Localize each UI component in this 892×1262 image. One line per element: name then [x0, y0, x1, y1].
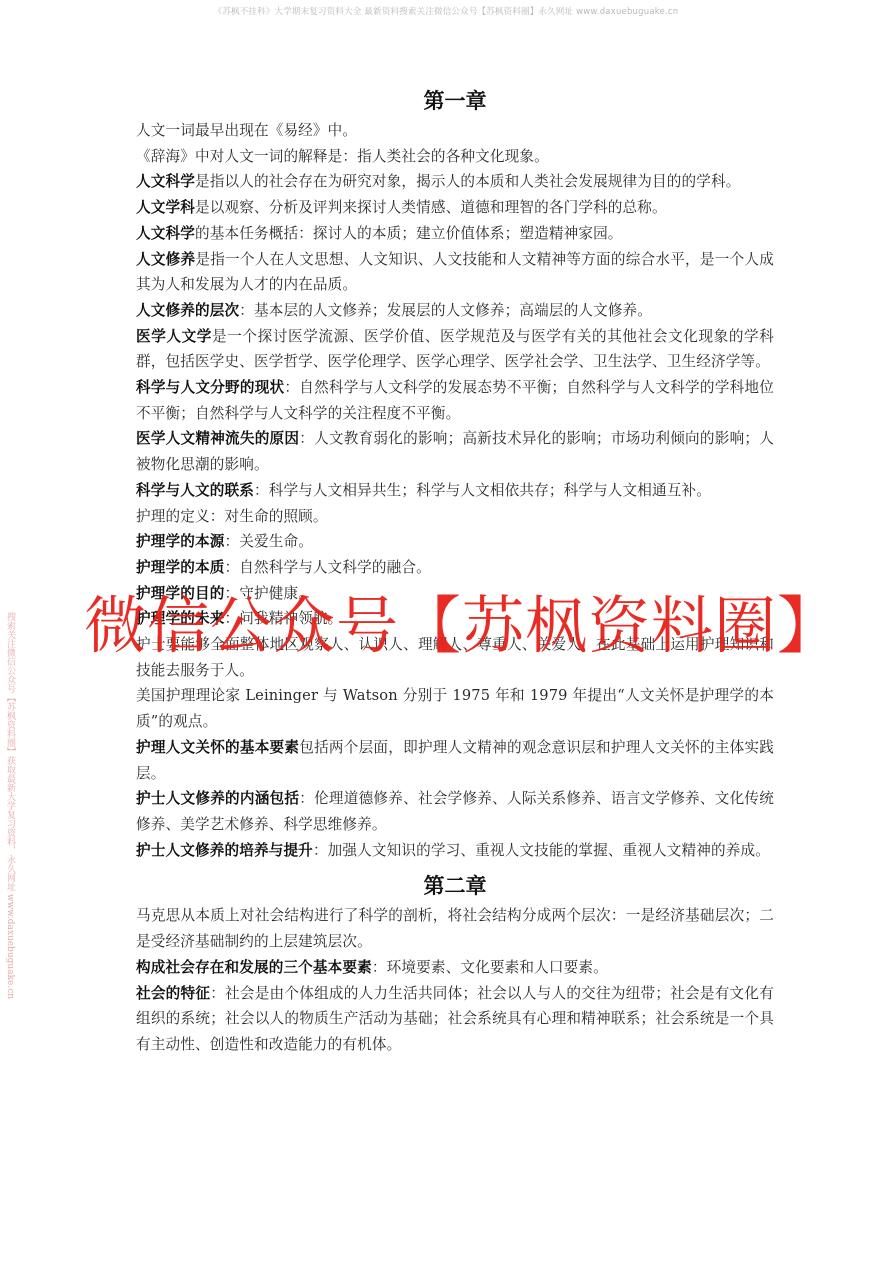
paragraph-text: 美国护理理论家 Leininger 与 Watson 分别于 1975 年和 1… — [136, 687, 774, 730]
paragraph: 人文修养的层次：基本层的人文修养；发展层的人文修养；高端层的人文修养。 — [136, 298, 774, 324]
paragraph-text: 《辞海》中对人文一词的解释是：指人类社会的各种文化现象。 — [136, 148, 549, 165]
chapter-2-body: 马克思从本质上对社会结构进行了科学的剖析，将社会结构分成两个层次：一是经济基础层… — [136, 903, 774, 1057]
key-term: 构成社会存在和发展的三个基本要素 — [136, 959, 372, 976]
key-term: 医学人文精神流失的原因 — [136, 430, 299, 447]
key-term: 人文科学 — [136, 225, 195, 242]
paragraph: 护理学的目的：守护健康。 — [136, 581, 774, 607]
paragraph-text: ：科学与人文相异共生；科学与人文相依共存；科学与人文相通互补。 — [254, 482, 711, 499]
key-term: 人文修养的层次 — [136, 302, 239, 319]
paragraph: 构成社会存在和发展的三个基本要素：环境要素、文化要素和人口要素。 — [136, 955, 774, 981]
paragraph: 人文科学的基本任务概括：探讨人的本质；建立价值体系；塑造精神家园。 — [136, 221, 774, 247]
paragraph-text: 是以观察、分析及评判来探讨人类情感、道德和理智的各门学科的总称。 — [195, 199, 667, 216]
chapter-title: 第一章 — [136, 84, 774, 118]
paragraph: 《辞海》中对人文一词的解释是：指人类社会的各种文化现象。 — [136, 144, 774, 170]
document-body: 第一章 人文一词最早出现在《易经》中。 《辞海》中对人文一词的解释是：指人类社会… — [136, 84, 774, 1058]
paragraph: 科学与人文分野的现状：自然科学与人文科学的发展态势不平衡；自然科学与人文科学的学… — [136, 375, 774, 426]
paragraph: 护理人文关怀的基本要素包括两个层面，即护理人文精神的观念意识层和护理人文关怀的主… — [136, 735, 774, 786]
paragraph: 科学与人文的联系：科学与人文相异共生；科学与人文相依共存；科学与人文相通互补。 — [136, 478, 774, 504]
paragraph-text: ：守护健康。 — [224, 585, 312, 602]
paragraph-text: 护士要能够全面整体地区观察人、认识人、理解人、尊重人、关爱人，在此基础上运用护理… — [136, 636, 774, 679]
paragraph-text: 的基本任务概括：探讨人的本质；建立价值体系；塑造精神家园。 — [195, 225, 623, 242]
paragraph-text: 护理的定义：对生命的照顾。 — [136, 508, 328, 525]
key-term: 科学与人文分野的现状 — [136, 379, 284, 396]
key-term: 护理学的本源 — [136, 533, 224, 550]
paragraph-text: 人文一词最早出现在《易经》中。 — [136, 122, 357, 139]
key-term: 人文学科 — [136, 199, 195, 216]
key-term: 护理学的本质 — [136, 559, 224, 576]
key-term: 科学与人文的联系 — [136, 482, 254, 499]
paragraph: 美国护理理论家 Leininger 与 Watson 分别于 1975 年和 1… — [136, 683, 774, 734]
page-header-watermark: 《苏枫不挂科》大学期末复习资料大全 最新资料搜索关注微信公众号【苏枫资料圈】永久… — [0, 5, 892, 17]
key-term: 护士人文修养的内涵包括 — [136, 790, 299, 807]
paragraph: 护理学的本源：关爱生命。 — [136, 529, 774, 555]
chapter-1-body: 人文一词最早出现在《易经》中。 《辞海》中对人文一词的解释是：指人类社会的各种文… — [136, 118, 774, 863]
paragraph: 护理的定义：对生命的照顾。 — [136, 504, 774, 530]
paragraph-text: 是一个探讨医学流源、医学价值、医学规范及与医学有关的其他社会文化现象的学科群，包… — [136, 328, 774, 371]
paragraph-text: ：环境要素、文化要素和人口要素。 — [372, 959, 608, 976]
key-term: 人文科学 — [136, 173, 195, 190]
paragraph: 人文修养是指一个人在人文思想、人文知识、人文技能和人文精神等方面的综合水平，是一… — [136, 247, 774, 298]
paragraph: 马克思从本质上对社会结构进行了科学的剖析，将社会结构分成两个层次：一是经济基础层… — [136, 903, 774, 954]
key-term: 医学人文学 — [136, 328, 212, 345]
paragraph: 医学人文精神流失的原因：人文教育弱化的影响；高新技术异化的影响；市场功利倾向的影… — [136, 426, 774, 477]
paragraph-text: ：加强人文知识的学习、重视人文技能的掌握、重视人文精神的养成。 — [313, 842, 770, 859]
paragraph: 人文学科是以观察、分析及评判来探讨人类情感、道德和理智的各门学科的总称。 — [136, 195, 774, 221]
chapter-title: 第二章 — [136, 869, 774, 903]
paragraph-text: 是指以人的社会存在为研究对象，揭示人的本质和人类社会发展规律为目的的学科。 — [195, 173, 741, 190]
paragraph: 护士人文修养的内涵包括：伦理道德修养、社会学修养、人际关系修养、语言文学修养、文… — [136, 786, 774, 837]
paragraph: 护理学的本质：自然科学与人文科学的融合。 — [136, 555, 774, 581]
paragraph: 护士人文修养的培养与提升：加强人文知识的学习、重视人文技能的掌握、重视人文精神的… — [136, 838, 774, 864]
key-term: 护士人文修养的培养与提升 — [136, 842, 313, 859]
paragraph-text: ：问我精神领航。 — [224, 610, 342, 627]
paragraph-text: ：社会是由个体组成的人力生活共同体；社会以人与人的交往为纽带；社会是有文化有组织… — [136, 985, 774, 1053]
paragraph-text: ：关爱生命。 — [224, 533, 312, 550]
paragraph-text: 是指一个人在人文思想、人文知识、人文技能和人文精神等方面的综合水平，是一个人成其… — [136, 251, 774, 294]
key-term: 护理学的未来 — [136, 610, 224, 627]
key-term: 人文修养 — [136, 251, 195, 268]
key-term: 护理学的目的 — [136, 585, 224, 602]
paragraph: 医学人文学是一个探讨医学流源、医学价值、医学规范及与医学有关的其他社会文化现象的… — [136, 324, 774, 375]
paragraph-text: ：自然科学与人文科学的融合。 — [224, 559, 430, 576]
side-watermark: 搜索关注微信公众号【苏枫资料圈】获取最新大学复习资料，永久网址 www.daxu… — [3, 612, 17, 999]
paragraph: 人文一词最早出现在《易经》中。 — [136, 118, 774, 144]
paragraph: 护士要能够全面整体地区观察人、认识人、理解人、尊重人、关爱人，在此基础上运用护理… — [136, 632, 774, 683]
paragraph: 社会的特征：社会是由个体组成的人力生活共同体；社会以人与人的交往为纽带；社会是有… — [136, 981, 774, 1058]
paragraph: 人文科学是指以人的社会存在为研究对象，揭示人的本质和人类社会发展规律为目的的学科… — [136, 169, 774, 195]
paragraph: 护理学的未来：问我精神领航。 — [136, 606, 774, 632]
key-term: 社会的特征 — [136, 985, 210, 1002]
paragraph-text: ：基本层的人文修养；发展层的人文修养；高端层的人文修养。 — [239, 302, 652, 319]
key-term: 护理人文关怀的基本要素 — [136, 739, 299, 756]
paragraph-text: 马克思从本质上对社会结构进行了科学的剖析，将社会结构分成两个层次：一是经济基础层… — [136, 907, 774, 950]
